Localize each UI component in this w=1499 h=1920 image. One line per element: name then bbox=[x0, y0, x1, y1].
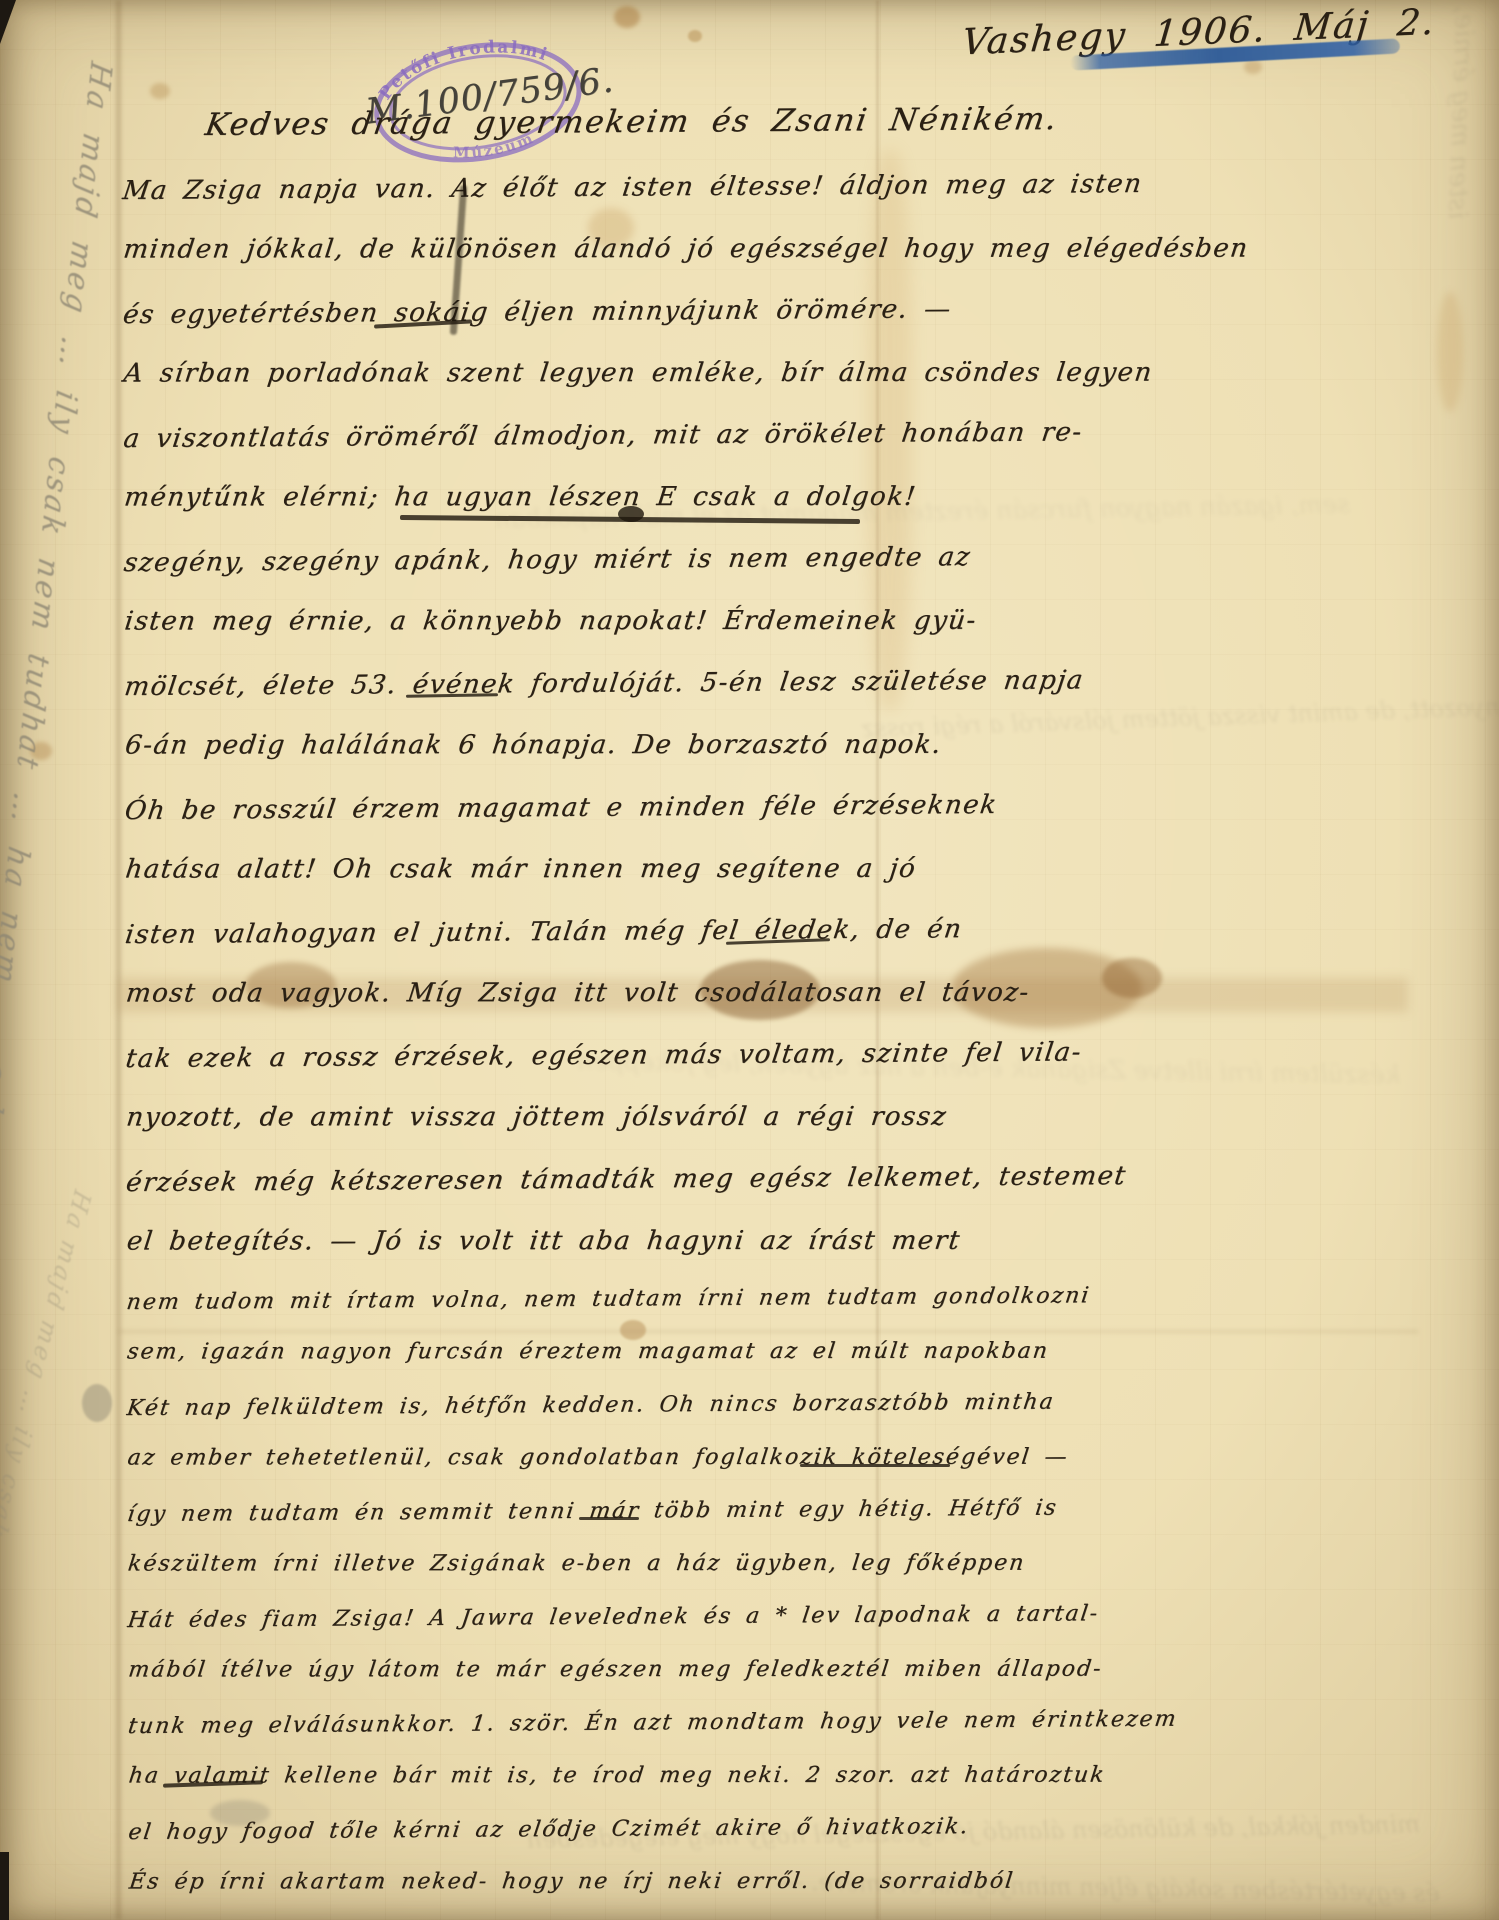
letter-line: mából ítélve úgy látom te már egészen me… bbox=[125, 1642, 1291, 1696]
fold-crease-vertical-left bbox=[116, 0, 121, 1920]
letter-line: isten valahogyan el jutni. Talán még fel… bbox=[121, 896, 1290, 966]
scan-edge-left-bottom bbox=[0, 1852, 9, 1920]
salutation: Kedves drága gyermekeim és Zsani Nénikém… bbox=[203, 101, 1061, 143]
stain-spot bbox=[688, 30, 702, 42]
stain-spot bbox=[1244, 60, 1262, 74]
letter-line: És ép írni akartam neked- hogy ne írj ne… bbox=[126, 1854, 1292, 1908]
letter-body: Ma Zsiga napja van. Az élőt az isten élt… bbox=[123, 154, 1289, 1910]
letter-line: mölcsét, élete 53. évének fordulóját. 5-… bbox=[120, 648, 1289, 718]
letter-line: tak ezek a rossz érzések, egészen más vo… bbox=[122, 1020, 1291, 1090]
letter-line: szegény, szegény apánk, hogy miért is ne… bbox=[120, 524, 1289, 594]
letter-line: el betegítés. — Jó is volt itt aba hagyn… bbox=[123, 1209, 1290, 1272]
letter-line: Hát édes fiam Zsiga! A Jawra levelednek … bbox=[124, 1586, 1292, 1647]
letter-line: sem, igazán nagyon furcsán éreztem magam… bbox=[124, 1324, 1290, 1378]
letter-line: érzések még kétszeresen támadták meg egé… bbox=[122, 1144, 1291, 1214]
letter-line: Ma Zsiga napja van. Az élőt az isten élt… bbox=[119, 152, 1288, 222]
letter-line: nyozott, de amint vissza jöttem jólsváró… bbox=[123, 1085, 1290, 1148]
margin-pencil-note-approximate: Ha majd meg … ily csak nem tudhat … ha n… bbox=[10, 59, 118, 762]
pencil-blob bbox=[82, 1384, 112, 1422]
letter-line: ménytűnk elérni; ha ugyan lészen E csak … bbox=[121, 465, 1288, 528]
stain-right-edge bbox=[1437, 292, 1463, 412]
stain-spot bbox=[614, 6, 640, 28]
letter-line: most oda vagyok. Míg Zsiga itt volt csod… bbox=[122, 961, 1289, 1024]
bleedthrough-text-vertical: isten meg érnie, a könnyebb napokat! Érd… bbox=[1442, 0, 1496, 220]
letter-page: sem, igazán nagyon furcsán éreztem magam… bbox=[0, 0, 1499, 1920]
letter-line: nem tudom mit írtam volna, nem tudtam ír… bbox=[123, 1268, 1291, 1329]
scanned-letter: { "letter": { "date_line": "Vashegy 1906… bbox=[0, 0, 1499, 1920]
letter-line: és egyetértésben sokáig éljen minnyájunk… bbox=[119, 276, 1288, 346]
letter-line: az ember tehetetlenül, csak gondolatban … bbox=[124, 1430, 1290, 1484]
letter-line: a viszontlatás öröméről álmodjon, mit az… bbox=[120, 400, 1289, 470]
scan-edge-top-left bbox=[0, 0, 16, 44]
letter-line: hatása alatt! Oh csak már innen meg segí… bbox=[122, 837, 1289, 900]
letter-line: isten meg érnie, a könnyebb napokat! Érd… bbox=[121, 589, 1288, 652]
letter-line: el hogy fogod tőle kérni az elődje Czimé… bbox=[125, 1798, 1293, 1859]
letter-line: ha valamit kellene bár mit is, te írod m… bbox=[126, 1748, 1292, 1802]
stain-spot bbox=[150, 83, 170, 99]
margin-pencil-scribble: Ha majd meg … ily csak nem tudhat … ha n… bbox=[0, 1186, 96, 1642]
letter-line: készültem írni illetve Zsigának e-ben a … bbox=[125, 1536, 1291, 1590]
letter-line: A sírban porladónak szent legyen emléke,… bbox=[120, 341, 1287, 404]
letter-line: így nem tudtam én semmit tenni már több … bbox=[124, 1480, 1292, 1541]
letter-line: minden jókkal, de különösen álandó jó eg… bbox=[120, 217, 1287, 280]
letter-line: 6-án pedig halálának 6 hónapja. De borza… bbox=[121, 713, 1288, 776]
letter-line: Óh be rosszúl érzem magamat e minden fél… bbox=[121, 772, 1290, 842]
letter-line: tunk meg elválásunkkor. 1. ször. Én azt … bbox=[125, 1692, 1293, 1753]
letter-line: Két nap felküldtem is, hétfőn kedden. Oh… bbox=[123, 1374, 1291, 1435]
